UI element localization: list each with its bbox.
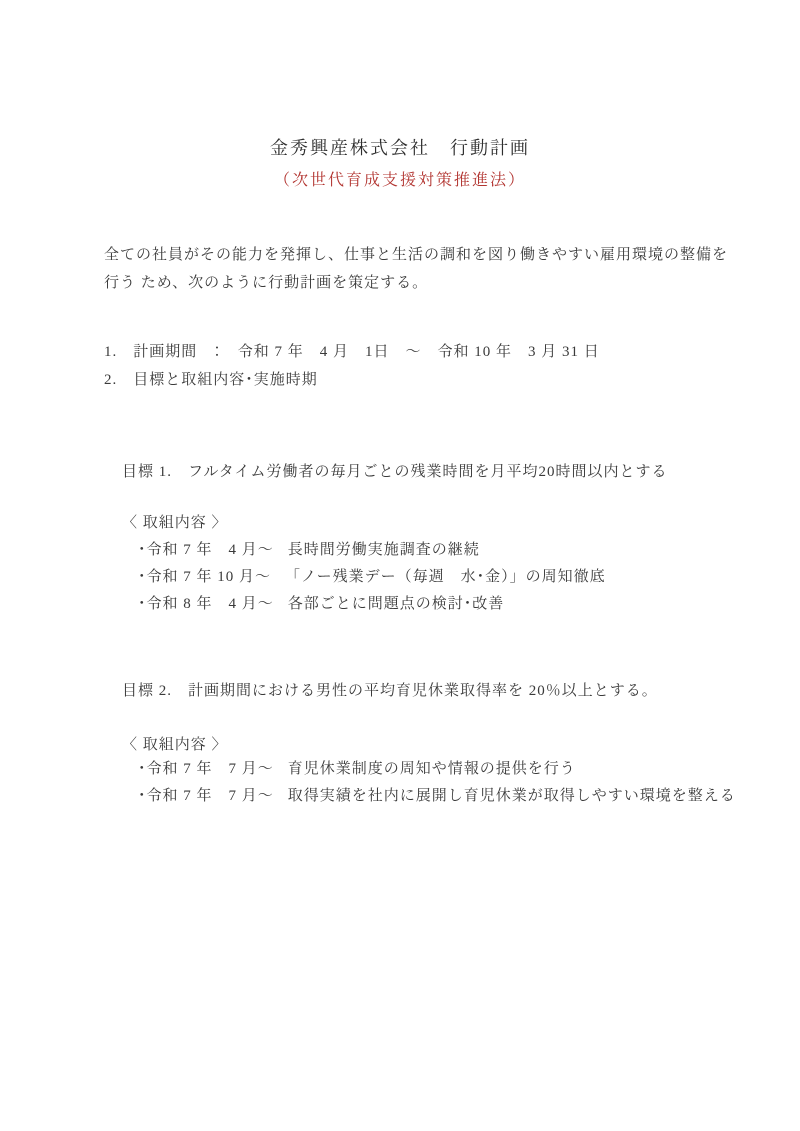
goal-2-activities-label: 〈 取組内容 〉 (122, 733, 228, 754)
activity-action: 取得実績を社内に展開し育児休業が取得しやすい環境を整える (288, 784, 736, 805)
activity-item: ･令和 7 年 10 月～ 「ノー残業デー（毎週 水･金）」の周知徹底 (138, 565, 606, 586)
activity-period: ･令和 7 年 7 月～ (138, 757, 274, 778)
goal-2-heading: 目標 2. 計画期間における男性の平均育児休業取得率を 20％以上とする。 (122, 679, 658, 700)
activity-period: ･令和 7 年 10 月～ (138, 565, 271, 586)
intro-paragraph-line: 行う ため、次のように行動計画を策定する。 (104, 271, 428, 292)
activity-period: ･令和 8 年 4 月～ (138, 592, 274, 613)
activity-action: 「ノー残業デー（毎週 水･金）」の周知徹底 (285, 565, 606, 586)
goal-1-heading: 目標 1. フルタイム労働者の毎月ごとの残業時間を月平均20時間以内とする (122, 460, 668, 481)
activity-item: ･令和 7 年 4 月～ 長時間労働実施調査の継続 (138, 538, 480, 559)
activity-period: ･令和 7 年 7 月～ (138, 784, 274, 805)
document-subtitle: （次世代育成支援対策推進法） (0, 167, 800, 190)
activity-action: 各部ごとに問題点の検討･改善 (288, 592, 505, 613)
document-title: 金秀興産株式会社 行動計画 (0, 134, 800, 160)
document-page: 金秀興産株式会社 行動計画 （次世代育成支援対策推進法） 全ての社員がその能力を… (0, 0, 800, 1131)
activity-item: ･令和 8 年 4 月～ 各部ごとに問題点の検討･改善 (138, 592, 504, 613)
activity-item: ･令和 7 年 7 月～ 取得実績を社内に展開し育児休業が取得しやすい環境を整え… (138, 784, 736, 805)
intro-paragraph-line: 全ての社員がその能力を発揮し、仕事と生活の調和を図り働きやすい雇用環境の整備を (104, 243, 728, 264)
activity-item: ･令和 7 年 7 月～ 育児休業制度の周知や情報の提供を行う (138, 757, 576, 778)
activity-action: 長時間労働実施調査の継続 (288, 538, 480, 559)
goal-1-activities-label: 〈 取組内容 〉 (122, 511, 228, 532)
activity-period: ･令和 7 年 4 月～ (138, 538, 274, 559)
numbered-item-plan-period: 1. 計画期間 ： 令和 7 年 4 月 1日 ～ 令和 10 年 3 月 31… (104, 340, 600, 361)
activity-action: 育児休業制度の周知や情報の提供を行う (288, 757, 576, 778)
numbered-item-goals: 2. 目標と取組内容･実施時期 (104, 368, 318, 389)
